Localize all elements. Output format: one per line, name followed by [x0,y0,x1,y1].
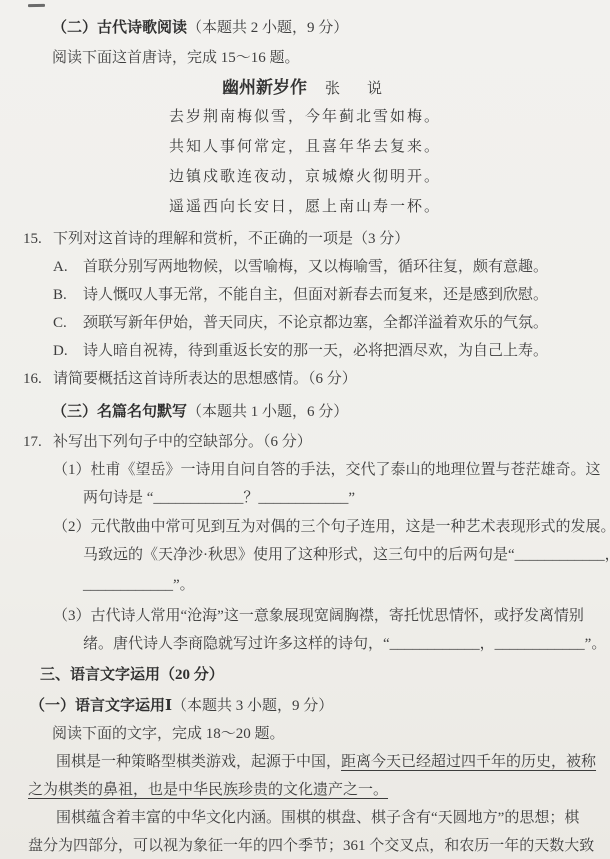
option-a-label: A. [53,253,83,281]
language-use-intro: 阅读下面的文字，完成 18～20 题。 [0,720,610,748]
question-15-stem: 下列对这首诗的理解和赏析，不正确的一项是（3 分） [53,231,409,247]
poem-title: 幽州新岁作 [222,78,307,97]
item-3-label: （3） [53,608,91,624]
sub-heading-bold: （一）语言文字运用Ⅰ [30,698,172,714]
question-15-stem-line: 15.下列对这首诗的理解和赏析，不正确的一项是（3 分） [0,225,610,253]
poem-line-1: 去岁荆南梅似雪，今年蓟北雪如梅。 [0,103,610,131]
part-heading-language-use: 三、语言文字运用（20 分） [0,661,610,689]
question-16-stem: 请简要概括这首诗所表达的思想感情。（6 分） [53,371,357,387]
question-15-option-b: B.诗人慨叹人事无常，不能自主，但面对新春去而复来，还是感到欣慰。 [0,281,610,309]
para-1-underlined-text-part-2: 之为棋类的鼻祖，也是中华民族珍贵的文化遗产之一。 [28,782,388,798]
item-2-label: （2） [53,519,91,535]
question-17-item-2-line-2: 马致远的《天净沙·秋思》使用了这种形式，这三句中的后两句是“__________… [0,541,610,569]
scan-artifact-dash [28,4,45,7]
question-15-number: 15. [23,225,53,253]
option-b-label: B. [53,281,83,309]
section-heading-famous-lines: （三）名篇名句默写（本题共 1 小题，6 分） [0,398,610,426]
option-b-text: 诗人慨叹人事无常，不能自主，但面对新春去而复来，还是感到欣慰。 [83,287,548,303]
question-17-item-2-line-3: ____________”。 [0,571,610,599]
question-17-stem: 补写出下列句子中的空缺部分。（6 分） [53,434,312,450]
question-17-item-3-line-1: （3）古代诗人常用“沧海”这一意象展现宽阔胸襟，寄托忧思情怀，或抒发离情别 [0,602,610,630]
section-heading-bold: （三）名篇名句默写 [52,404,187,420]
item-1-label: （1） [53,462,91,478]
question-17-item-1-line-2: 两句诗是 “____________？____________” [0,484,610,512]
go-paragraph-1-line-1: 围棋是一种策略型棋类游戏，起源于中国，距离今天已经超过四千年的历史，被称 [0,748,610,776]
question-17-item-3-line-2: 绪。唐代诗人李商隐就写过许多这样的诗句，“____________，______… [0,630,610,658]
question-16-stem-line: 16.请简要概括这首诗所表达的思想感情。（6 分） [0,365,610,393]
go-paragraph-2-line-2: 盘分为四部分，可以视为象征一年的四个季节；361 个交叉点，和农历一年的天数大致 [0,832,610,859]
question-17-number: 17. [23,428,53,456]
question-15-option-d: D.诗人暗自祝祷，待到重返长安的那一天，必将把酒尽欢，为自己上寿。 [0,337,610,365]
section-heading-rest: （本题共 1 小题，6 分） [187,404,348,420]
poem-line-3: 边镇戍歌连夜动，京城燎火彻明开。 [0,163,610,191]
para-1-normal-text: 围棋是一种策略型棋类游戏，起源于中国， [56,754,341,770]
question-17-stem-line: 17.补写出下列句子中的空缺部分。（6 分） [0,428,610,456]
section-heading-rest: （本题共 2 小题，9 分） [187,20,348,36]
option-a-text: 首联分别写两地物候，以雪喻梅，又以梅喻雪，循环往复，颇有意趣。 [83,259,548,275]
item-2-text: 元代散曲中常可见到互为对偶的三个句子连用，这是一种艺术表现形式的发展。 [91,519,610,535]
item-1-text: 杜甫《望岳》一诗用自问自答的手法，交代了泰山的地理位置与苍茫雄奇。这 [91,462,601,478]
poetry-intro: 阅读下面这首唐诗，完成 15～16 题。 [0,44,610,72]
section-heading-bold: （二）古代诗歌阅读 [52,20,187,36]
item-3-text: 古代诗人常用“沧海”这一意象展现宽阔胸襟，寄托忧思情怀，或抒发离情别 [91,608,584,624]
para-1-underlined-text-part-1: 距离今天已经超过四千年的历史，被称 [341,754,596,770]
poem-line-4: 遥遥西向长安日，愿上南山寿一杯。 [0,193,610,221]
go-paragraph-2-line-1: 围棋蕴含着丰富的中华文化内涵。围棋的棋盘、棋子含有“天圆地方”的思想；棋 [0,804,610,832]
sub-heading-language-use-1: （一）语言文字运用Ⅰ（本题共 3 小题，9 分） [0,692,610,720]
option-c-label: C. [53,309,83,337]
part-heading-text: 三、语言文字运用（20 分） [40,667,224,683]
go-paragraph-1-line-2: 之为棋类的鼻祖，也是中华民族珍贵的文化遗产之一。 [0,776,610,804]
option-d-label: D. [53,337,83,365]
question-15-option-c: C.颈联写新年伊始，普天同庆，不论京都边塞，全都洋溢着欢乐的气氛。 [0,309,610,337]
question-15-option-a: A.首联分别写两地物候，以雪喻梅，又以梅喻雪，循环往复，颇有意趣。 [0,253,610,281]
section-heading-ancient-poetry: （二）古代诗歌阅读（本题共 2 小题，9 分） [0,14,610,42]
exam-paper-page: （二）古代诗歌阅读（本题共 2 小题，9 分） 阅读下面这首唐诗，完成 15～1… [0,0,610,859]
question-17-item-2-line-1: （2）元代散曲中常可见到互为对偶的三个句子连用，这是一种艺术表现形式的发展。 [0,513,610,541]
poem-line-2: 共知人事何常定，且喜年华去复来。 [0,133,610,161]
sub-heading-rest: （本题共 3 小题，9 分） [172,698,333,714]
question-17-item-1-line-1: （1）杜甫《望岳》一诗用自问自答的手法，交代了泰山的地理位置与苍茫雄奇。这 [0,456,610,484]
poem-title-line: 幽州新岁作张 说 [0,74,610,103]
question-16-number: 16. [23,365,53,393]
poem-author: 张 说 [325,81,388,97]
option-d-text: 诗人暗自祝祷，待到重返长安的那一天，必将把酒尽欢，为自己上寿。 [83,343,548,359]
option-c-text: 颈联写新年伊始，普天同庆，不论京都边塞，全都洋溢着欢乐的气氛。 [83,315,548,331]
